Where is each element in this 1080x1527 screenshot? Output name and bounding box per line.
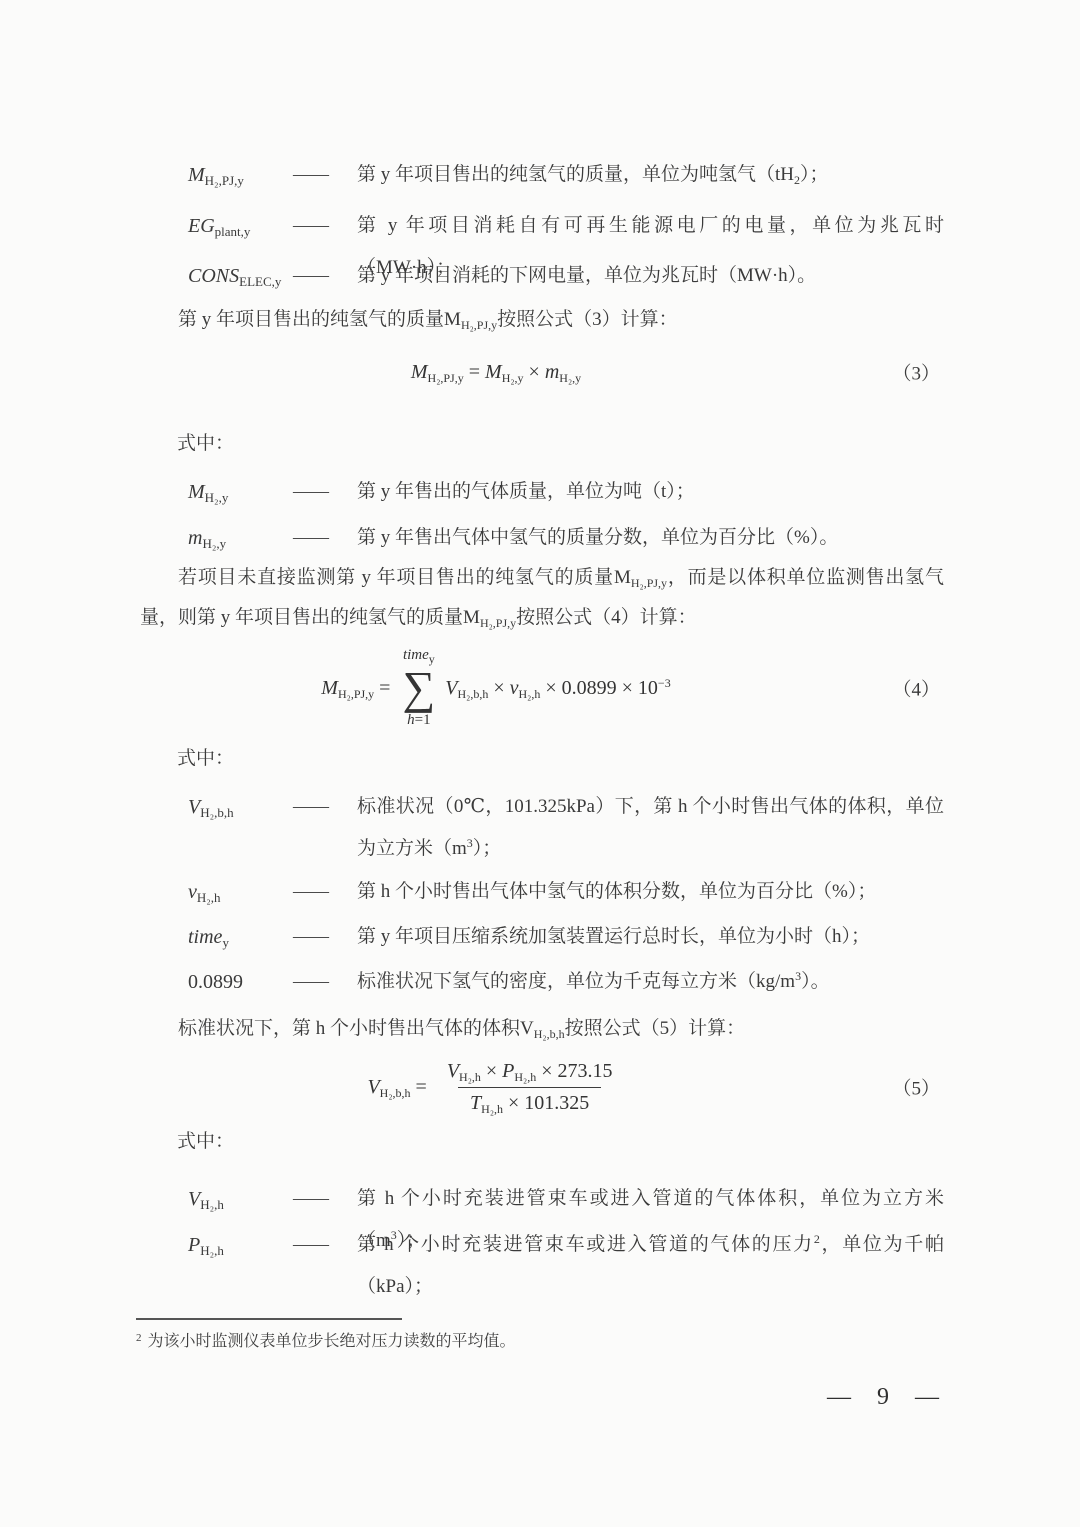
fraction-denominator: TH₂,h × 101.325	[458, 1087, 601, 1115]
formula-4: MH₂,PJ,y = timey ∑ h=1 VH₂,b,h × vH₂,h ×…	[0, 640, 992, 736]
equation-number-4: （4）	[892, 675, 940, 702]
footnote-text: 为该小时监测仪表单位步长绝对压力读数的平均值。	[148, 1333, 516, 1350]
where-label: 式中：	[177, 428, 234, 455]
where-label: 式中：	[177, 743, 234, 770]
definition-text: 第 y 年售出的气体质量，单位为吨（t）；	[357, 471, 944, 513]
fraction-numerator: VH₂,h × PH₂,h × 273.15	[435, 1060, 625, 1087]
definition-row: 0.0899 —— 标准状况下氢气的密度，单位为千克每立方米（kg/m3）。	[188, 961, 944, 1003]
definition-text: 标准状况下氢气的密度，单位为千克每立方米（kg/m3）。	[357, 961, 944, 1003]
footnote-divider	[136, 1318, 402, 1320]
definition-row: vH₂,h —— 第 h 个小时售出气体中氢气的体积分数，单位为百分比（%）；	[188, 871, 944, 913]
definition-dash: ——	[293, 255, 357, 297]
definition-dash: ——	[293, 786, 357, 828]
definition-symbol: VH₂,h	[188, 1178, 293, 1220]
definition-row: MH₂,PJ,y —— 第 y 年项目售出的纯氢气的质量，单位为吨氢气（tH2）…	[188, 154, 944, 196]
equation-number-5: （5）	[892, 1074, 940, 1101]
paragraph: 标准状况下，第 h 个小时售出气体的体积VH₂,b,h按照公式（5）计算：	[140, 1009, 944, 1049]
equation-number-3: （3）	[892, 359, 940, 386]
definition-symbol: PH₂,h	[188, 1224, 293, 1266]
definition-dash: ——	[293, 961, 357, 1003]
paragraph: 若项目未直接监测第 y 年项目售出的纯氢气的质量MH₂,PJ,y，而是以体积单位…	[140, 558, 944, 638]
definition-dash: ——	[293, 205, 357, 247]
definition-dash: ——	[293, 471, 357, 513]
formula-5: VH₂,b,h = VH₂,h × PH₂,h × 273.15 TH₂,h ×…	[0, 1048, 992, 1126]
definition-text: 第 h 个小时售出气体中氢气的体积分数，单位为百分比（%）；	[357, 871, 944, 913]
definition-text: 第 h 个小时充装进管束车或进入管道的气体的压力2，单位为千帕（kPa）；	[357, 1224, 944, 1308]
document-page: MH₂,PJ,y —— 第 y 年项目售出的纯氢气的质量，单位为吨氢气（tH2）…	[0, 0, 1080, 1527]
definition-text: 标准状况（0℃，101.325kPa）下，第 h 个小时售出气体的体积，单位为立…	[357, 786, 944, 870]
summation-lower-limit: h=1	[407, 712, 430, 729]
definition-symbol: MH₂,PJ,y	[188, 154, 293, 196]
definition-dash: ——	[293, 154, 357, 196]
definition-symbol: MH₂,y	[188, 471, 293, 513]
definition-dash: ——	[293, 871, 357, 913]
definition-symbol: EGplant,y	[188, 205, 293, 247]
paragraph: 第 y 年项目售出的纯氢气的质量MH₂,PJ,y按照公式（3）计算：	[140, 300, 944, 340]
definition-row: VH₂,b,h —— 标准状况（0℃，101.325kPa）下，第 h 个小时售…	[188, 786, 944, 870]
formula-5-lhs: VH₂,b,h =	[367, 1076, 426, 1099]
fraction: VH₂,h × PH₂,h × 273.15 TH₂,h × 101.325	[435, 1060, 625, 1115]
definition-symbol: CONSELEC,y	[188, 255, 293, 297]
formula-4-rhs: VH₂,b,h × vH₂,h × 0.0899 × 10−3	[445, 677, 670, 700]
definition-symbol: 0.0899	[188, 961, 293, 1003]
definition-symbol: mH₂,y	[188, 517, 293, 559]
definition-row: MH₂,y —— 第 y 年售出的气体质量，单位为吨（t）；	[188, 471, 944, 513]
definition-text: 第 y 年项目消耗的下网电量，单位为兆瓦时（MW·h）。	[357, 255, 944, 297]
definition-dash: ——	[293, 1224, 357, 1266]
definition-symbol: VH₂,b,h	[188, 786, 293, 828]
summation: timey ∑ h=1	[402, 647, 435, 729]
definition-dash: ——	[293, 517, 357, 559]
definition-text: 第 y 年项目售出的纯氢气的质量，单位为吨氢气（tH2）；	[357, 154, 944, 196]
definition-row: timey —— 第 y 年项目压缩系统加氢装置运行总时长，单位为小时（h）；	[188, 916, 944, 958]
definition-row: PH₂,h —— 第 h 个小时充装进管束车或进入管道的气体的压力2，单位为千帕…	[188, 1224, 944, 1308]
footnote-marker: 2	[136, 1332, 142, 1344]
definition-text: 第 y 年项目压缩系统加氢装置运行总时长，单位为小时（h）；	[357, 916, 944, 958]
definition-dash: ——	[293, 1178, 357, 1220]
definition-row: CONSELEC,y —— 第 y 年项目消耗的下网电量，单位为兆瓦时（MW·h…	[188, 255, 944, 297]
sigma-symbol: ∑	[402, 666, 435, 710]
definition-text: 第 y 年售出气体中氢气的质量分数，单位为百分比（%）。	[357, 517, 944, 559]
definition-symbol: timey	[188, 916, 293, 958]
definition-symbol: vH₂,h	[188, 871, 293, 913]
where-label: 式中：	[177, 1126, 234, 1153]
formula-3-body: MH₂,PJ,y = MH₂,y × mH₂,y	[411, 361, 581, 384]
definition-row: mH₂,y —— 第 y 年售出气体中氢气的质量分数，单位为百分比（%）。	[188, 517, 944, 559]
formula-3: MH₂,PJ,y = MH₂,y × mH₂,y （3）	[0, 352, 992, 392]
footnote: 2为该小时监测仪表单位步长绝对压力读数的平均值。	[136, 1330, 944, 1354]
definition-dash: ——	[293, 916, 357, 958]
page-number: — 9 —	[827, 1384, 940, 1411]
formula-4-lhs: MH₂,PJ,y =	[321, 677, 390, 700]
